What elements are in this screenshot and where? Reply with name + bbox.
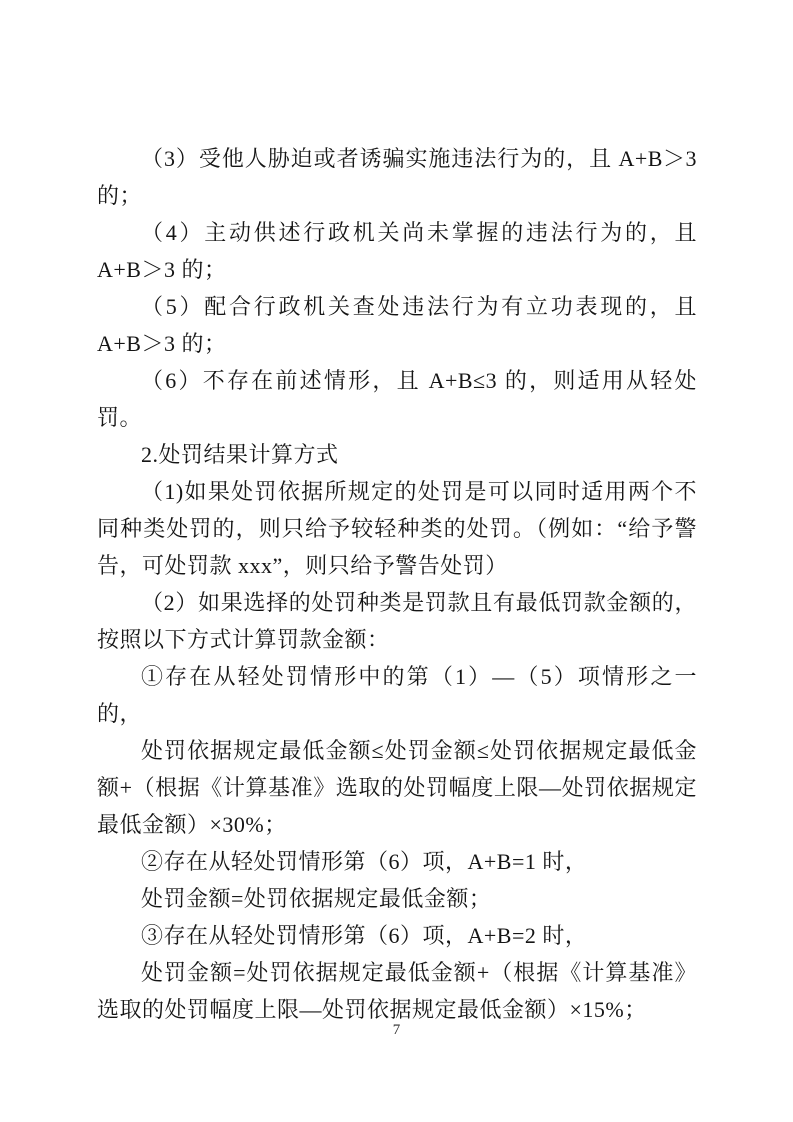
document-body: （3）受他人胁迫或者诱骗实施违法行为的，且 A+B＞3 的；（4）主动供述行政机… xyxy=(97,140,697,1028)
document-page: （3）受他人胁迫或者诱骗实施违法行为的，且 A+B＞3 的；（4）主动供述行政机… xyxy=(0,0,793,1122)
paragraph: 2.处罚结果计算方式 xyxy=(97,436,697,473)
paragraph: （2）如果选择的处罚种类是罚款且有最低罚款金额的，按照以下方式计算罚款金额： xyxy=(97,584,697,658)
paragraph: （1)如果处罚依据所规定的处罚是可以同时适用两个不同种类处罚的，则只给予较轻种类… xyxy=(97,473,697,584)
paragraph: ①存在从轻处罚情形中的第（1）—（5）项情形之一的， xyxy=(97,658,697,732)
paragraph: 处罚依据规定最低金额≤处罚金额≤处罚依据规定最低金额+（根据《计算基准》选取的处… xyxy=(97,732,697,843)
paragraph: （4）主动供述行政机关尚未掌握的违法行为的，且 A+B＞3 的； xyxy=(97,214,697,288)
paragraph: （6）不存在前述情形，且 A+B≤3 的，则适用从轻处罚。 xyxy=(97,362,697,436)
paragraph: ③存在从轻处罚情形第（6）项，A+B=2 时， xyxy=(97,917,697,954)
paragraph: 处罚金额=处罚依据规定最低金额； xyxy=(97,880,697,917)
paragraph: 处罚金额=处罚依据规定最低金额+（根据《计算基准》选取的处罚幅度上限—处罚依据规… xyxy=(97,954,697,1028)
page-footer: 7 xyxy=(0,1020,793,1040)
paragraph: ②存在从轻处罚情形第（6）项，A+B=1 时， xyxy=(97,843,697,880)
page-number: 7 xyxy=(393,1022,401,1038)
paragraph: （3）受他人胁迫或者诱骗实施违法行为的，且 A+B＞3 的； xyxy=(97,140,697,214)
paragraph: （5）配合行政机关查处违法行为有立功表现的，且 A+B＞3 的； xyxy=(97,288,697,362)
